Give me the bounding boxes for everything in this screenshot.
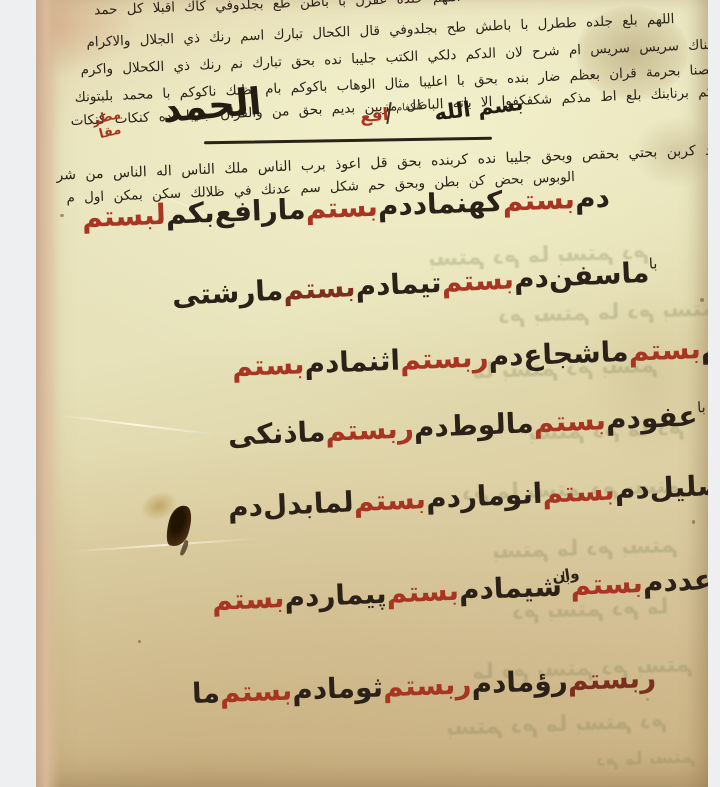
charm-word: بكم (165, 196, 215, 231)
charm-word: لوط (448, 407, 506, 442)
charm-word: ما (600, 335, 629, 369)
charm-word: عد (677, 563, 708, 597)
charm-word: مار (238, 274, 284, 309)
charm-word: پيمار (319, 577, 388, 613)
charm-word: دم (471, 666, 507, 700)
paper-speck (692, 520, 695, 524)
charm-word: شتى (171, 276, 240, 312)
charm-word: بدل (262, 487, 314, 522)
charm-line: دمبدللمابستمدمانوماربستمدمصليلمابا (227, 473, 624, 524)
scribe-note: كنكفام (396, 101, 424, 114)
charm-word: بستم (502, 182, 576, 218)
charm-word: ربستم (399, 340, 489, 376)
charm-word: لما (313, 485, 354, 520)
charm-word: تيما (389, 266, 442, 301)
bleedthrough-line: دم ما بستم (596, 746, 696, 770)
charm-word: صليل (649, 468, 708, 504)
charm-word: ما (621, 256, 650, 290)
charm-word: بستم (211, 581, 285, 617)
manuscript-page: بستم دم ما بستم دمدم بستم ما دم بستمما ب… (36, 0, 708, 787)
charm-word: دم (614, 472, 650, 507)
charm-word: لبستم (81, 198, 166, 234)
bleedthrough-line: بستم دم ما بستم دم (446, 708, 668, 741)
charm-word: بستم (441, 262, 515, 298)
paper-crease (70, 537, 260, 552)
paper-speck (700, 298, 704, 302)
charm-word: دم (513, 261, 549, 296)
prayer-line: اللهم حلده عفرل با باطن طع بجلدوفي كاك ا… (94, 0, 461, 18)
charm-word: دم (284, 580, 320, 614)
charm-word: دم (458, 572, 494, 606)
charm-word: دم (304, 346, 340, 380)
charm-word: رؤما (506, 664, 568, 699)
charm-word: بستم (533, 403, 607, 439)
charm-word: دم (574, 181, 610, 215)
charm-word: با (648, 255, 657, 272)
charm-word: ثوما (326, 670, 383, 705)
charm-word: ما (505, 406, 534, 440)
charm-word: بستم (542, 473, 616, 509)
charm-word: بستم (282, 270, 356, 306)
charm-word: ما (297, 415, 326, 449)
screenshot-root: { "palette":{ "backdrop":"#edeff1", "pap… (0, 0, 720, 787)
charm-word: بستم (305, 190, 379, 226)
charm-word: بستم (231, 347, 305, 383)
charm-word: با (697, 399, 706, 416)
charm-word: دم (642, 565, 678, 599)
paper-speck (646, 698, 649, 701)
charm-word: ربستم (567, 661, 657, 697)
charm-word: انومار (460, 477, 543, 514)
charm-word: بستم (570, 566, 644, 602)
charm-word: دم (488, 339, 524, 373)
charm-word: بستم (353, 482, 427, 518)
charm-word: عفو (640, 399, 698, 434)
charm-word: بستم (628, 332, 702, 368)
red-rubric-word: افع (359, 105, 389, 127)
charm-word: دم (227, 489, 263, 524)
charm-word: دم (292, 672, 328, 706)
paper-speck (138, 640, 141, 643)
charm-word: دم (355, 268, 391, 303)
charm-word: ذنكى (227, 416, 298, 452)
paper-speck (60, 214, 64, 217)
charm-word: ربستم (382, 667, 472, 703)
charm-word: ربستم (325, 411, 415, 448)
kashida-rule-line (204, 137, 492, 144)
charm-line: مابستمدمثوماربستمدمرؤماربستم (191, 665, 536, 710)
paper-crease (58, 414, 217, 435)
charm-word: سفن (548, 257, 622, 294)
bleedthrough-line: بستم ما دم بستم (492, 533, 679, 564)
charm-word: اثنما (339, 344, 401, 379)
charm-word: دم (605, 402, 641, 436)
charm-line: ذنكىماربستمدملوطمابستمدمعفوبابستم (227, 402, 646, 452)
page-left-edge (36, 0, 62, 787)
charm-word: بستم (219, 674, 293, 710)
charm-word: دم (700, 331, 708, 365)
charm-word: شجاع (523, 336, 602, 372)
charm-word: ما (191, 676, 220, 710)
charm-word: افع (214, 194, 262, 229)
charm-word: مار (261, 192, 306, 227)
charm-word: كهنماد (412, 185, 503, 221)
charm-word: دم (413, 410, 449, 444)
charm-word: دم (377, 188, 413, 222)
charm-word: دم (425, 480, 461, 515)
charm-word: بستم (386, 574, 460, 610)
calligraphic-ornament: الحمد (160, 80, 263, 132)
